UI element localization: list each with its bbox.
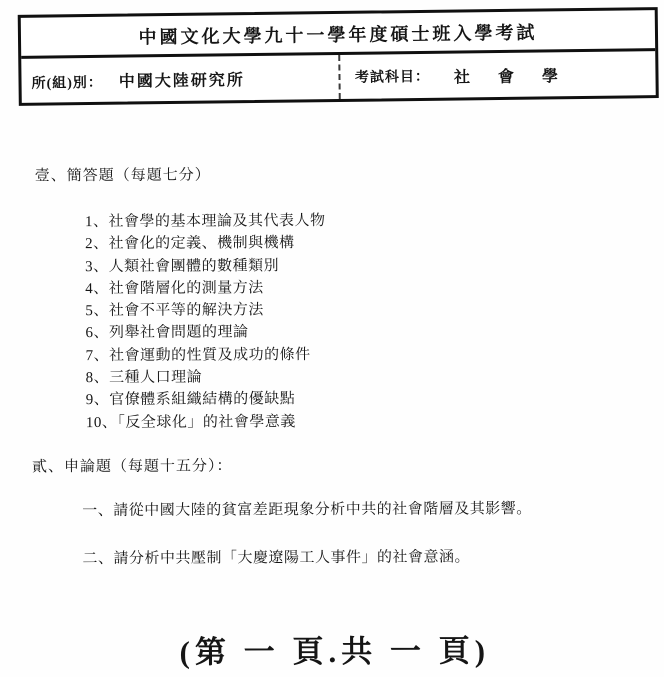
short-answer-item-10: 10、「反全球化」的社會學意義 — [86, 411, 327, 434]
short-answer-item-4: 4、社會階層化的測量方法 — [85, 277, 326, 300]
short-answer-item-2: 2、社會化的定義、機制與機構 — [85, 232, 326, 255]
essay-question-1: 一、請從中國大陸的貧富差距現象分析中共的社會階層及其影響。 — [82, 497, 532, 520]
exam-header-table: 中國文化大學九十一學年度碩士班入學考試 所(組)別：中國大陸研究所 考試科目：社… — [18, 7, 659, 106]
exam-paper-page: 中國文化大學九十一學年度碩士班入學考試 所(組)別：中國大陸研究所 考試科目：社… — [0, 0, 664, 677]
department-cell: 所(組)別：中國大陸研究所 — [21, 65, 339, 92]
short-answer-item-7: 7、社會運動的性質及成功的條件 — [86, 344, 327, 367]
subject-value: 社 會 學 — [454, 63, 564, 87]
section-2-heading: 貳、申論題（每題十五分）： — [32, 454, 233, 476]
exam-header-info-row: 所(組)別：中國大陸研究所 考試科目：社 會 學 — [21, 51, 655, 103]
subject-cell: 考試科目：社 會 學 — [339, 51, 656, 99]
short-answer-item-3: 3、人類社會團體的數種類別 — [85, 255, 326, 278]
short-answer-item-1: 1、社會學的基本理論及其代表人物 — [85, 210, 326, 233]
short-answer-list: 1、社會學的基本理論及其代表人物 2、社會化的定義、機制與機構 3、人類社會團體… — [85, 210, 326, 434]
short-answer-item-6: 6、列舉社會問題的理論 — [85, 322, 326, 345]
subject-label: 考試科目： — [355, 66, 430, 87]
short-answer-item-9: 9、官僚體系組織結構的優缺點 — [86, 388, 327, 411]
short-answer-item-5: 5、社會不平等的解決方法 — [85, 299, 326, 322]
section-1-heading: 壹、簡答題（每題七分） — [35, 164, 211, 186]
short-answer-item-8: 8、三種人口理論 — [86, 366, 327, 389]
department-value: 中國大陸研究所 — [119, 72, 245, 91]
essay-question-2: 二、請分析中共壓制「大慶遼陽工人事件」的社會意涵。 — [82, 545, 470, 568]
department-label: 所(組)別： — [31, 75, 103, 91]
page-footer: (第 一 頁.共 一 頁) — [3, 625, 664, 673]
